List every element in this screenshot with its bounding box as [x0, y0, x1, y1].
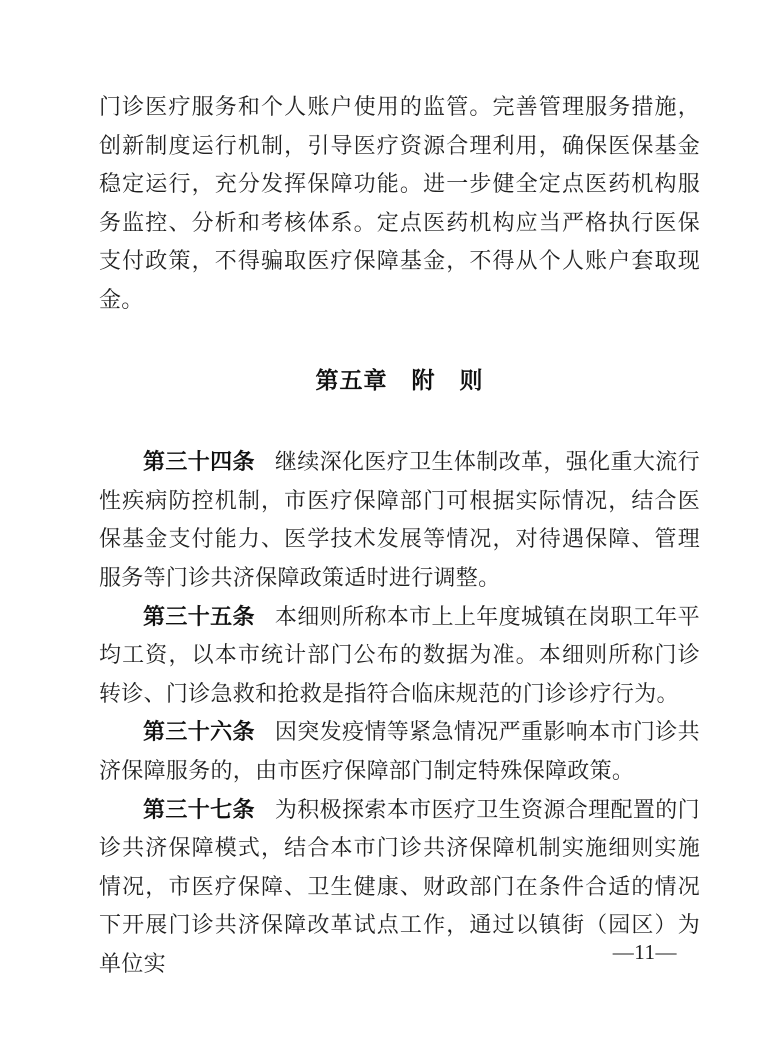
chapter-heading: 第五章 附 则 — [99, 361, 700, 400]
article-37-text: 为积极探索本市医疗卫生资源合理配置的门诊共济保障模式，结合本市门诊共济保障机制实… — [99, 797, 700, 976]
article-35-number: 第三十五条 — [143, 604, 255, 629]
article-37-number: 第三十七条 — [143, 797, 255, 822]
article-34-number: 第三十四条 — [143, 449, 255, 474]
article-37: 第三十七条为积极探索本市医疗卫生资源合理配置的门诊共济保障模式，结合本市门诊共济… — [99, 791, 700, 984]
article-36-number: 第三十六条 — [143, 719, 255, 744]
article-35: 第三十五条本细则所称本市上上年度城镇在岗职工年平均工资，以本市统计部门公布的数据… — [99, 598, 700, 714]
article-34: 第三十四条继续深化医疗卫生体制改革，强化重大流行性疾病防控机制，市医疗保障部门可… — [99, 443, 700, 597]
page-number: —11— — [613, 941, 677, 963]
intro-paragraph: 门诊医疗服务和个人账户使用的监管。完善管理服务措施，创新制度运行机制，引导医疗资… — [99, 88, 700, 320]
document-body: 门诊医疗服务和个人账户使用的监管。完善管理服务措施，创新制度运行机制，引导医疗资… — [99, 88, 700, 983]
document-page: 门诊医疗服务和个人账户使用的监管。完善管理服务措施，创新制度运行机制，引导医疗资… — [0, 0, 784, 1037]
article-36: 第三十六条因突发疫情等紧急情况严重影响本市门诊共济保障服务的，由市医疗保障部门制… — [99, 713, 700, 790]
